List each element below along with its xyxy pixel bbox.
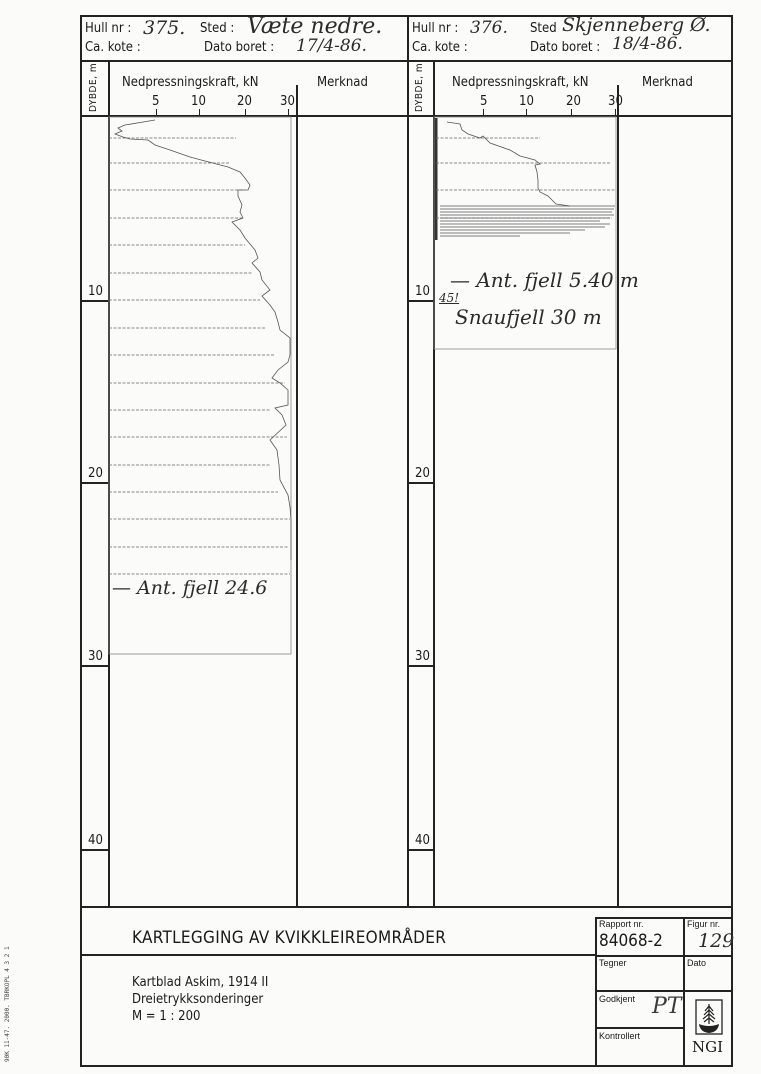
right-annotation-prefix: 45! bbox=[439, 291, 459, 305]
dato-label: Dato bbox=[687, 958, 706, 968]
project-title: KARTLEGGING AV KVIKKLEIREOMRÅDER bbox=[132, 928, 446, 948]
godkjent-label: Godkjent bbox=[599, 994, 635, 1004]
kontrollert-label: Kontrollert bbox=[599, 1031, 640, 1041]
scale: M = 1 : 200 bbox=[132, 1009, 200, 1024]
figur-label: Figur nr. bbox=[687, 919, 720, 929]
rapport-col-line bbox=[595, 917, 597, 1067]
right-annotation-bare-rock: Snaufjell 30 m bbox=[455, 305, 602, 329]
left-annotation-bedrock: — Ant. fjell 24.6 bbox=[112, 577, 267, 599]
figur-col-line bbox=[683, 917, 685, 1067]
ngi-logo-text: NGI bbox=[692, 1038, 723, 1056]
cell-rule bbox=[595, 955, 733, 957]
godkjent-initials: PT bbox=[652, 994, 681, 1019]
tegner-label: Tegner bbox=[599, 958, 627, 968]
cell-rule bbox=[595, 990, 733, 992]
rapport-label: Rapport nr. bbox=[599, 919, 644, 929]
right-annotation-bedrock: — Ant. fjell 5.40 m bbox=[450, 268, 639, 292]
cell-rule bbox=[595, 1027, 683, 1029]
tree-icon bbox=[694, 998, 724, 1038]
title-row-rule bbox=[80, 954, 595, 956]
ngi-logo: NGI bbox=[694, 998, 724, 1062]
map-sheet: Kartblad Askim, 1914 II bbox=[132, 975, 268, 990]
sounding-type: Dreietrykksonderinger bbox=[132, 992, 263, 1007]
right-sounding-trace bbox=[0, 0, 761, 1074]
margin-print-note: 90K 11-47. 2000. TBRKOPL 4 3 2 1 bbox=[4, 946, 11, 1062]
figur-value: 129 bbox=[698, 930, 734, 952]
rapport-value: 84068-2 bbox=[599, 931, 663, 951]
